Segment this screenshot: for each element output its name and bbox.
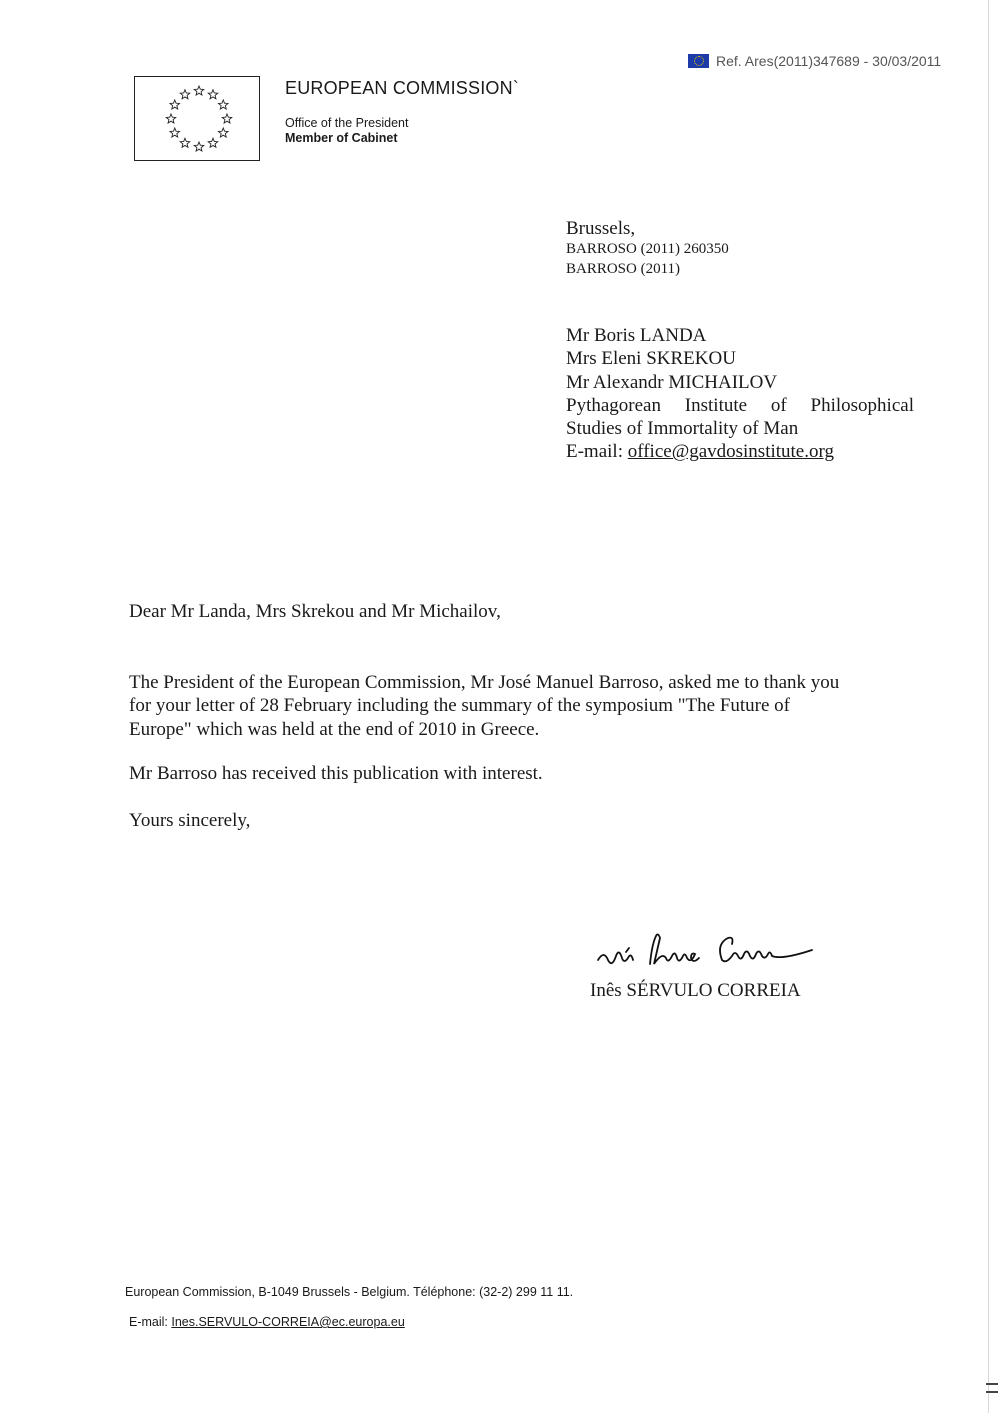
eu-stars-emblem-icon (134, 76, 260, 161)
addressee-block: Mr Boris LANDA Mrs Eleni SKREKOU Mr Alex… (566, 324, 914, 464)
body-paragraph-1: The President of the European Commission… (129, 671, 851, 741)
reference-text: Ref. Ares(2011)347689 - 30/03/2011 (716, 53, 941, 69)
office-role: Member of Cabinet (285, 131, 408, 146)
office-name: Office of the President (285, 116, 408, 131)
footer-email-line: E-mail: Ines.SERVULO-CORREIA@ec.europa.e… (129, 1315, 405, 1329)
body-paragraph-2: Mr Barroso has received this publication… (129, 763, 543, 785)
closing: Yours sincerely, (129, 810, 250, 832)
letter-references: BARROSO (2011) 260350 BARROSO (2011) (566, 240, 729, 279)
office-block: Office of the President Member of Cabine… (285, 116, 408, 146)
reference-number: BARROSO (2011) 260350 (566, 240, 729, 260)
addressee-name: Mrs Eleni SKREKOU (566, 347, 914, 370)
addressee-name: Mr Boris LANDA (566, 324, 914, 347)
addressee-email-line: E-mail: office@gavdosinstitute.org (566, 440, 914, 463)
handwritten-signature-icon (590, 930, 850, 983)
eu-flag-icon (688, 54, 709, 68)
email-label: E-mail: (566, 441, 628, 462)
addressee-name: Mr Alexandr MICHAILOV (566, 371, 914, 394)
organization-name: EUROPEAN COMMISSION` (285, 78, 519, 99)
footer-email-link[interactable]: Ines.SERVULO-CORREIA@ec.europa.eu (171, 1315, 404, 1329)
salutation: Dear Mr Landa, Mrs Skrekou and Mr Michai… (129, 601, 501, 623)
document-reference: Ref. Ares(2011)347689 - 30/03/2011 (688, 53, 941, 69)
addressee-email-link[interactable]: office@gavdosinstitute.org (628, 441, 834, 462)
page-edge (988, 0, 989, 1413)
footer-address: European Commission, B-1049 Brussels - B… (125, 1285, 573, 1299)
institute-line-1: Pythagorean Institute of Philosophical (566, 394, 914, 417)
email-label: E-mail: (129, 1315, 171, 1329)
institute-line-2: Studies of Immortality of Man (566, 417, 914, 440)
letter-place: Brussels, (566, 218, 635, 240)
reference-number: BARROSO (2011) (566, 260, 729, 280)
signer-name: Inês SÉRVULO CORREIA (590, 980, 801, 1002)
scan-edge-mark (986, 1383, 998, 1393)
